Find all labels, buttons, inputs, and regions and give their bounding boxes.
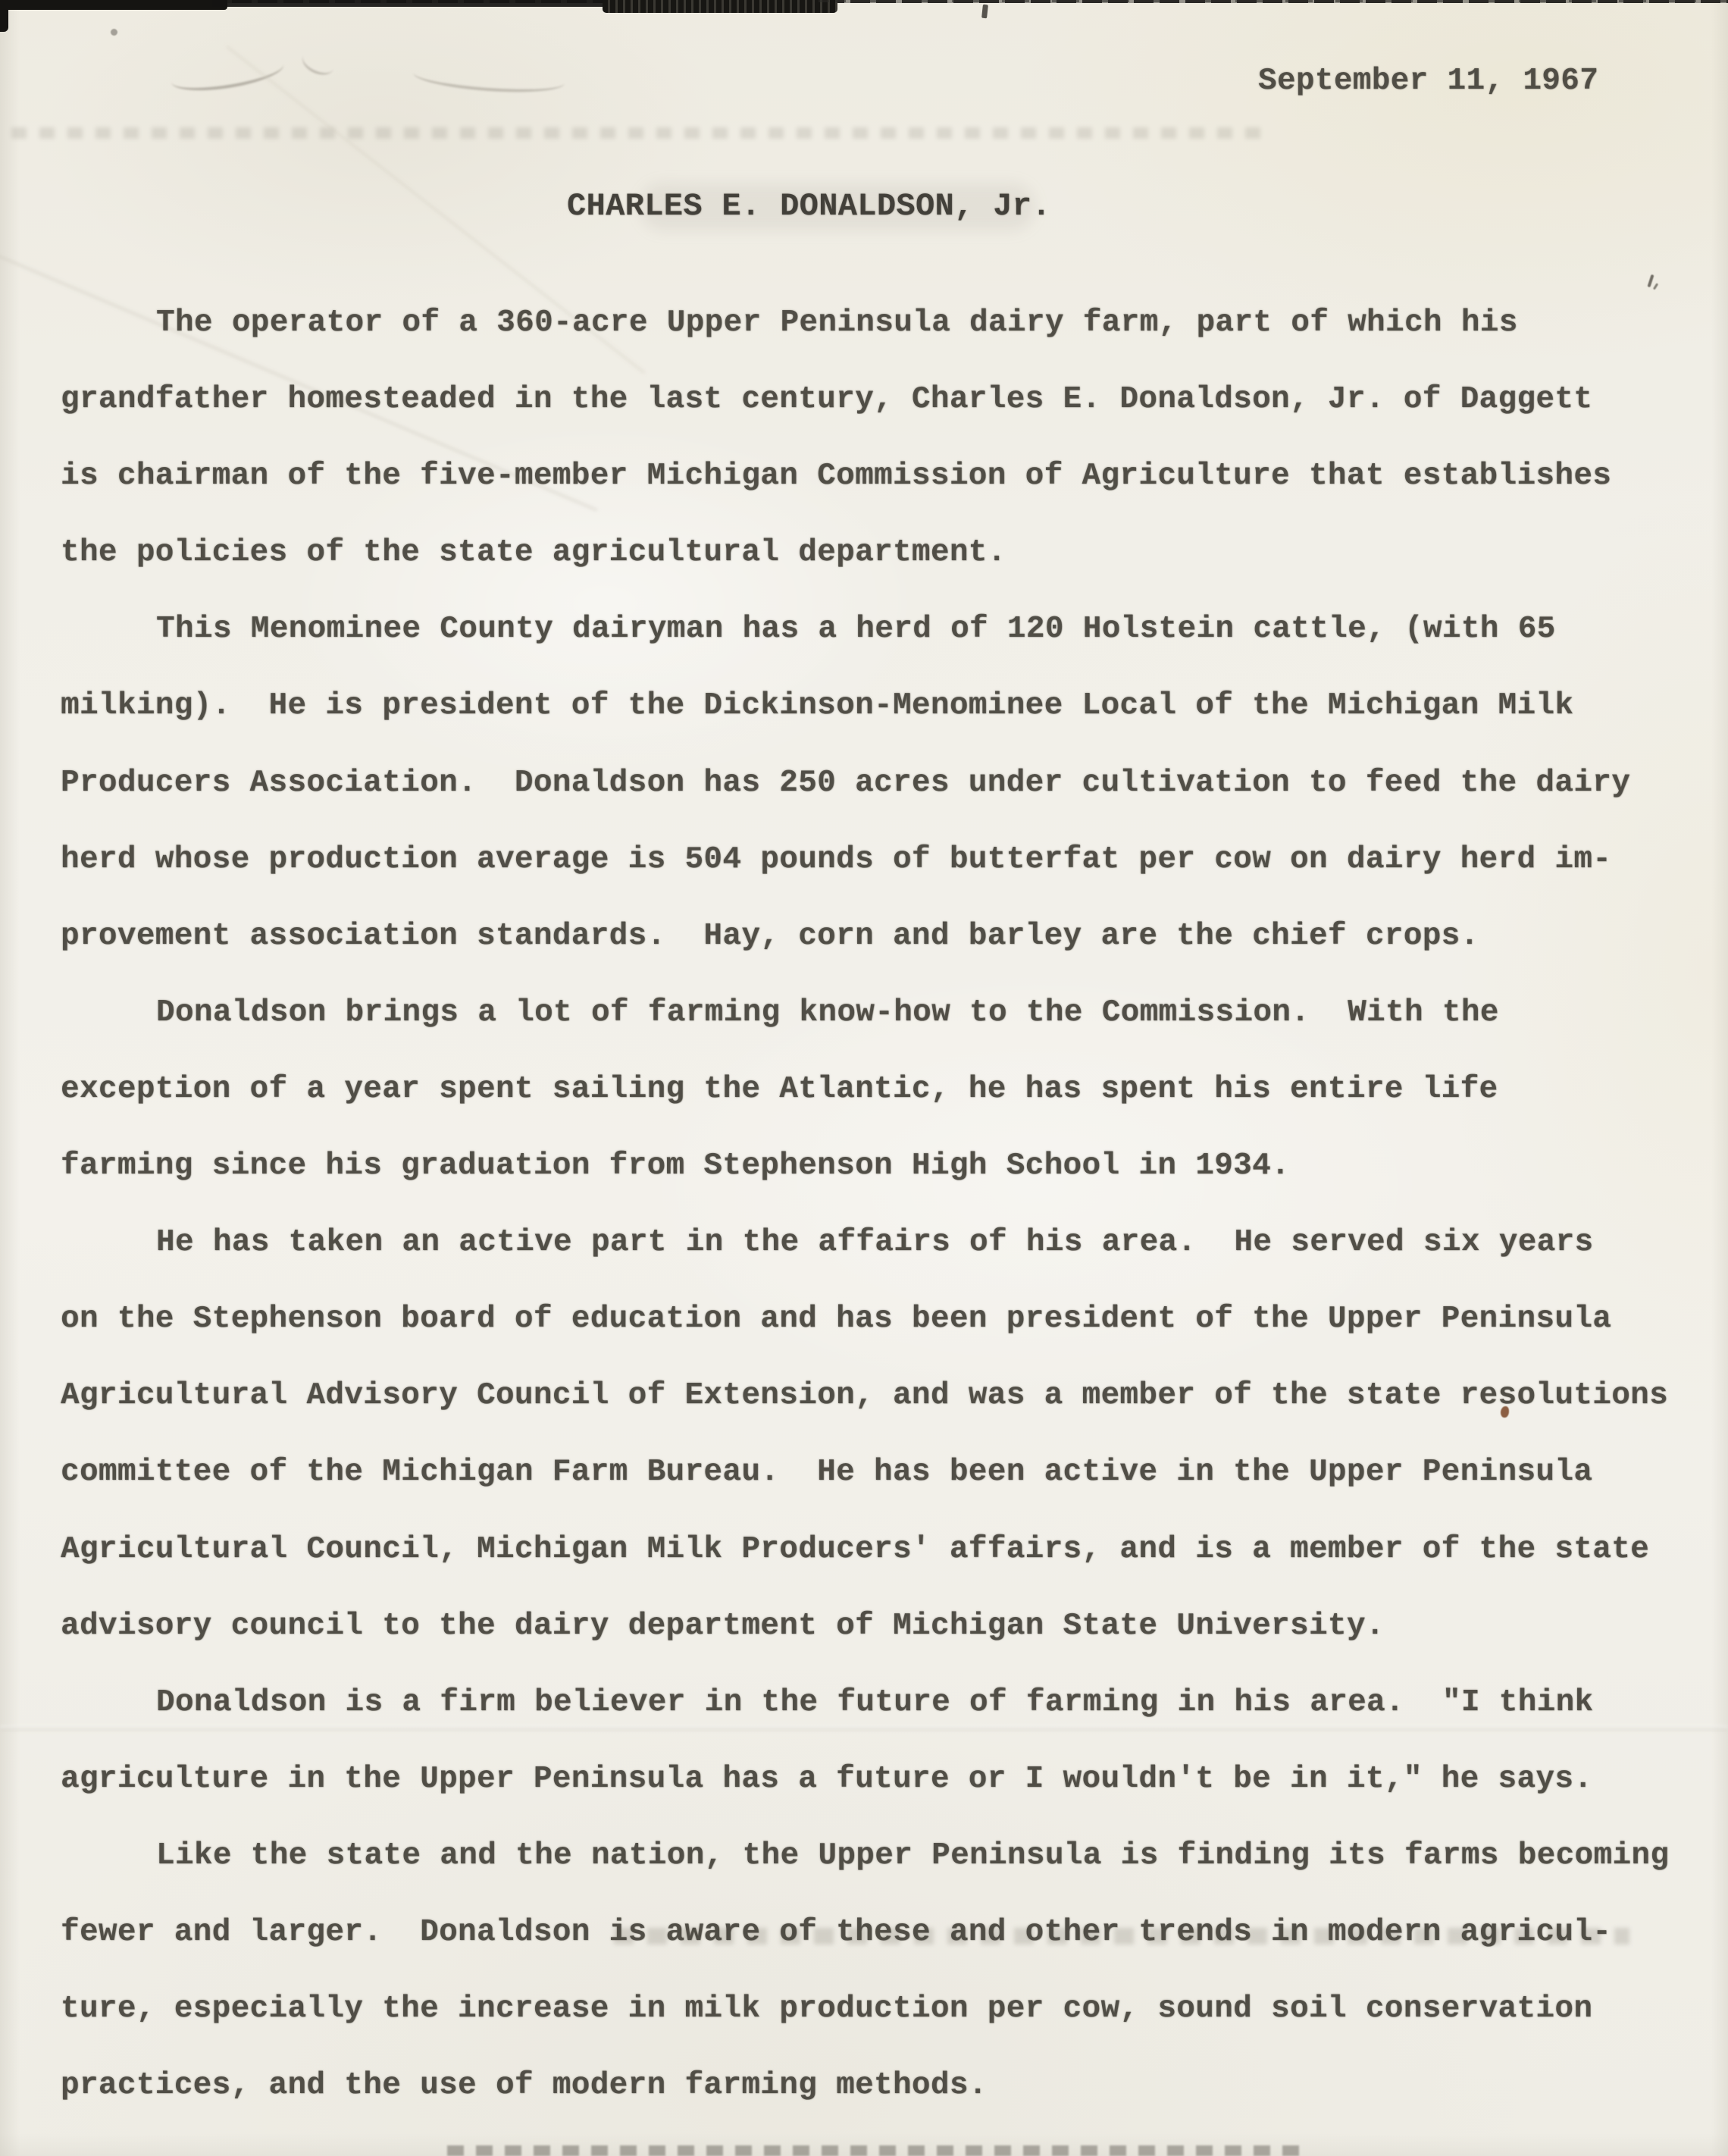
typed-line: ture, especially the increase in milk pr…: [61, 1971, 1669, 2048]
scan-corner-artifact: [0, 0, 8, 32]
typed-line: committee of the Michigan Farm Bureau. H…: [61, 1434, 1669, 1511]
typed-line: He has taken an active part in the affai…: [61, 1205, 1669, 1281]
document-date: September 11, 1967: [1258, 58, 1598, 104]
typed-line: Like the state and the nation, the Upper…: [61, 1818, 1669, 1894]
pencil-smudge: [169, 51, 286, 97]
typed-line: herd whose production average is 504 pou…: [61, 822, 1669, 898]
typed-line: advisory council to the dairy department…: [61, 1588, 1669, 1665]
typed-line: Agricultural Advisory Council of Extensi…: [61, 1358, 1669, 1434]
scan-edge-artifact: [819, 0, 1728, 2]
document-title: CHARLES E. DONALDSON, Jr.: [567, 183, 1051, 229]
scanned-page: September 11, 1967 CHARLES E. DONALDSON,…: [0, 0, 1728, 2156]
bleedthrough-artifact: [447, 2145, 1304, 2156]
typed-line: milking). He is president of the Dickins…: [61, 668, 1669, 744]
typed-line: grandfather homesteaded in the last cent…: [61, 362, 1669, 438]
typed-line: exception of a year spent sailing the At…: [61, 1051, 1669, 1128]
bleedthrough-artifact: [11, 127, 1273, 139]
document-body: The operator of a 360-acre Upper Peninsu…: [61, 285, 1669, 2124]
typed-line: Donaldson is a firm believer in the futu…: [61, 1665, 1669, 1741]
scan-edge-artifact: [981, 5, 988, 19]
typed-line: Producers Association. Donaldson has 250…: [61, 745, 1669, 822]
typed-line: provement association standards. Hay, co…: [61, 898, 1669, 975]
paper-speck: [111, 29, 117, 36]
typed-line: Agricultural Council, Michigan Milk Prod…: [61, 1512, 1669, 1588]
typed-line: practices, and the use of modern farming…: [61, 2048, 1669, 2124]
typed-line: fewer and larger. Donaldson is aware of …: [61, 1894, 1669, 1971]
typed-line: agriculture in the Upper Peninsula has a…: [61, 1741, 1669, 1818]
scan-edge-artifact: [603, 0, 837, 13]
typed-line: the policies of the state agricultural d…: [61, 515, 1669, 591]
typed-line: farming since his graduation from Stephe…: [61, 1128, 1669, 1205]
typed-line: Donaldson brings a lot of farming know-h…: [61, 975, 1669, 1051]
pencil-smudge: [299, 45, 338, 79]
typed-line: The operator of a 360-acre Upper Peninsu…: [61, 285, 1669, 362]
scan-edge-artifact: [0, 0, 227, 10]
typed-line: This Menominee County dairyman has a her…: [61, 591, 1669, 668]
typed-line: is chairman of the five-member Michigan …: [61, 438, 1669, 515]
typed-line: on the Stephenson board of education and…: [61, 1281, 1669, 1358]
pencil-smudge: [412, 60, 565, 96]
